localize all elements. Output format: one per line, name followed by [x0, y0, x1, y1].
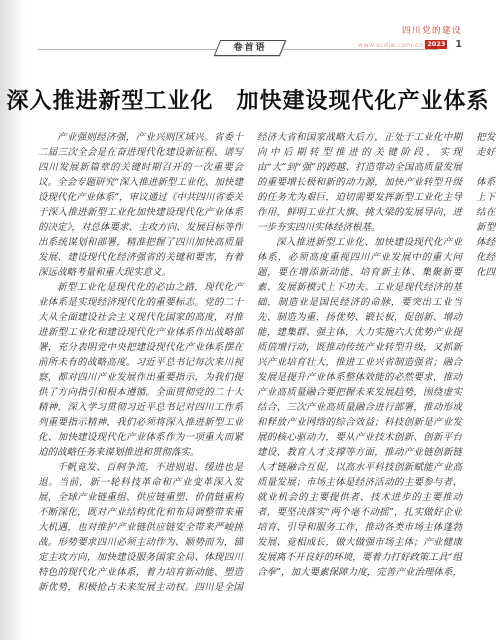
page-number: 1	[455, 39, 462, 50]
magazine-website: www.scdjw.com.cn	[358, 41, 424, 49]
masthead: 四川党的建设 www.scdjw.com.cn 2023 1	[358, 26, 462, 50]
article-body: 产业强则经济强，产业兴则区域兴。省委十二届三次全会是在奋进现代化建设新征程、谱写…	[38, 130, 462, 598]
paragraph: 新型工业化是现代化的必由之路，现代化产业体系是实现经济现代化的重要标志。党的二十…	[38, 280, 243, 460]
paragraph-text: 深入推进新型工业化、加快建设现代化产业体系，是全局所系、大势所趋、现实所需，全省…	[476, 162, 496, 278]
article-title: 深入推进新型工业化 加快建设现代化产业体系	[0, 84, 496, 115]
year-badge: 2023	[425, 40, 447, 49]
section-label: 卷首语	[217, 41, 283, 55]
masthead-row: www.scdjw.com.cn 2023 1	[358, 39, 462, 50]
paragraph: 产业强则经济强，产业兴则区域兴。省委十二届三次全会是在奋进现代化建设新征程、谱写…	[38, 130, 243, 280]
magazine-page: 卷首语 四川党的建设 www.scdjw.com.cn 2023 1 深入推进新…	[0, 0, 496, 640]
paragraph: 深入推进新型工业化、加快建设现代化产业体系，是全局所系、大势所趋、现实所需，全省…	[476, 160, 496, 280]
magazine-name: 四川党的建设	[358, 26, 462, 37]
